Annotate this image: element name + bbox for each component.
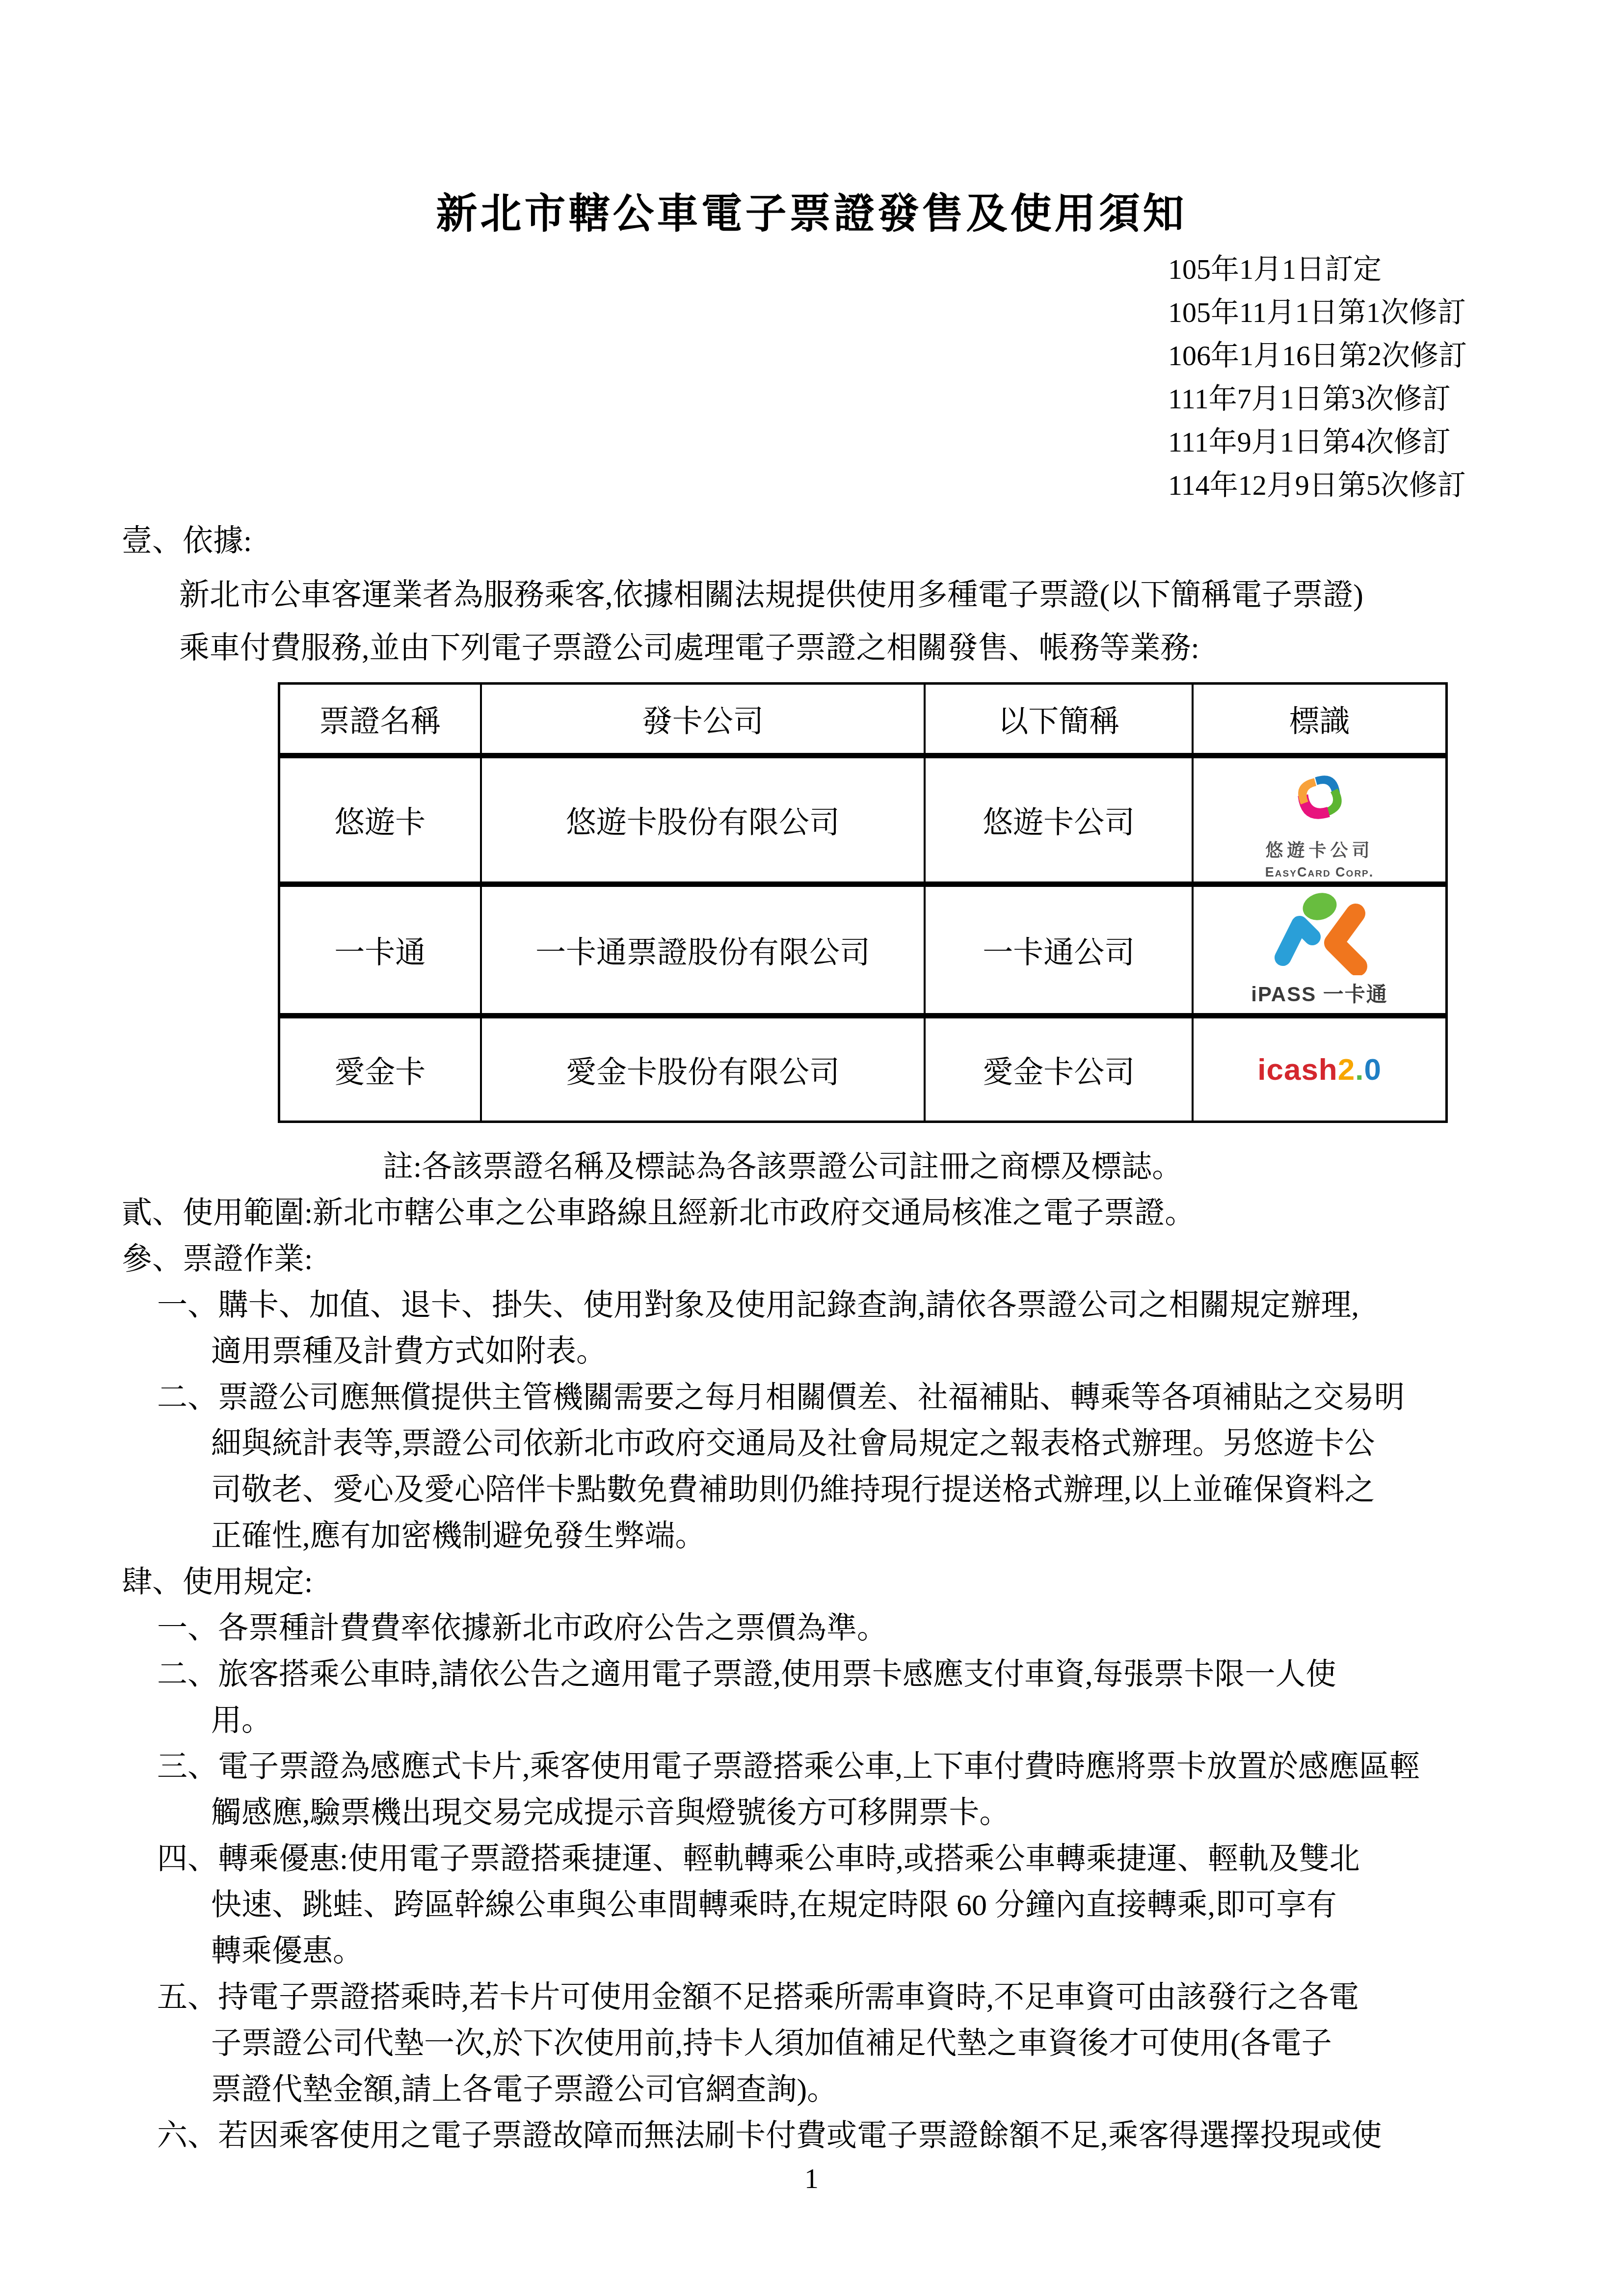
header-abbreviation: 以下簡稱 [926, 685, 1194, 758]
section-4-heading: 肆、使用規定: [122, 1564, 313, 1602]
easycard-pinwheel-icon [1281, 760, 1358, 834]
item-label: 五、 [157, 1981, 218, 2014]
section-4-item-4-line: 轉乘優惠。 [211, 1933, 363, 1971]
section-4-item-4-line: 快速、跳蛙、跨區幹線公車與公車間轉乘時,在規定時限 60 分鐘內直接轉乘,即可享… [211, 1887, 1337, 1925]
section-4-item-3-line: 三、電子票證為感應式卡片,乘客使用電子票證搭乘公車,上下車付費時應將票卡放置於感… [157, 1748, 1420, 1787]
revision-date: 114年12月9日第5次修訂 [1168, 464, 1467, 507]
cell-logo: icash2.0 [1194, 1018, 1445, 1121]
ipass-caption: iPASS 一卡通 [1251, 978, 1388, 1008]
item-text: 旅客搭乘公車時,請依公告之適用電子票證,使用票卡感應支付車資,每張票卡限一人使 [218, 1658, 1336, 1691]
section-3-item-2-line: 二、票證公司應無償提供主管機關需要之每月相關價差、社福補貼、轉乘等各項補貼之交易… [157, 1379, 1405, 1417]
icash-logo: icash2.0 [1257, 1052, 1382, 1087]
icash-wordmark: icash [1257, 1053, 1338, 1087]
table-note: 註:各該票證名稱及標誌為各該票證公司註冊之商標及標誌。 [383, 1148, 1182, 1187]
cell-issuer: 一卡通票證股份有限公司 [482, 887, 926, 1018]
revision-date: 111年7月1日第3次修訂 [1168, 377, 1467, 421]
section-4-item-1-line: 一、各票種計費費率依據新北市政府公告之票價為準。 [157, 1610, 887, 1648]
item-label: 一、 [157, 1612, 218, 1645]
section-4-item-6-line: 六、若因乘客使用之電子票證故障而無法刷卡付費或電子票證餘額不足,乘客得選擇投現或… [157, 2117, 1382, 2156]
section-4-item-4-line: 四、轉乘優惠:使用電子票證搭乘捷運、輕軌轉乘公車時,或搭乘公車轉乘捷運、輕軌及雙… [157, 1841, 1360, 1879]
cell-ticket-name: 愛金卡 [280, 1018, 482, 1121]
item-text: 票證公司應無償提供主管機關需要之每月相關價差、社福補貼、轉乘等各項補貼之交易明 [218, 1381, 1405, 1415]
item-label: 四、 [157, 1842, 218, 1876]
cell-abbreviation: 悠遊卡公司 [926, 758, 1194, 887]
cell-ticket-name: 悠遊卡 [280, 758, 482, 887]
item-text: 若因乘客使用之電子票證故障而無法刷卡付費或電子票證餘額不足,乘客得選擇投現或使 [218, 2119, 1382, 2153]
easycard-caption-zh: 悠遊卡公司 [1266, 837, 1374, 862]
cell-issuer: 愛金卡股份有限公司 [482, 1018, 926, 1121]
revision-dates: 105年1月1日訂定 105年11月1日第1次修訂 106年1月16日第2次修訂… [1168, 248, 1467, 507]
easycard-logo: 悠遊卡公司 EasyCard Corp. [1265, 760, 1374, 880]
item-text: 購卡、加值、退卡、掛失、使用對象及使用記錄查詢,請依各票證公司之相關規定辦理, [218, 1289, 1359, 1322]
header-ticket-name: 票證名稱 [280, 685, 482, 758]
section-4-item-5-line: 五、持電子票證搭乘時,若卡片可使用金額不足搭乘所需車資時,不足車資可由該發行之各… [157, 1979, 1359, 2017]
cell-abbreviation: 一卡通公司 [926, 887, 1194, 1018]
ipass-blue-shape [1283, 924, 1312, 958]
cell-issuer: 悠遊卡股份有限公司 [482, 758, 926, 887]
cell-ticket-name: 一卡通 [280, 887, 482, 1018]
easycard-caption-en: EasyCard Corp. [1265, 865, 1374, 880]
ipass-icon [1267, 893, 1372, 975]
section-4-item-5-line: 子票證公司代墊一次,於下次使用前,持卡人須加值補足代墊之車資後才可使用(各電子 [211, 2025, 1332, 2063]
section-3-item-2-line: 正確性,應有加密機制避免發生弊端。 [211, 1518, 706, 1556]
section-3-item-2-line: 細與統計表等,票證公司依新北市政府交通局及社會局規定之報表格式辦理。另悠遊卡公 [211, 1425, 1375, 1464]
item-label: 三、 [157, 1750, 218, 1784]
section-4-item-5-line: 票證代墊金額,請上各電子票證公司官網查詢)。 [211, 2071, 837, 2109]
item-text: 電子票證為感應式卡片,乘客使用電子票證搭乘公車,上下車付費時應將票卡放置於感應區… [218, 1750, 1420, 1784]
section-4-item-3-line: 觸感應,驗票機出現交易完成提示音與燈號後方可移開票卡。 [211, 1794, 1010, 1833]
section-1-heading: 壹、依據: [122, 523, 252, 561]
cell-logo: 悠遊卡公司 EasyCard Corp. [1194, 758, 1445, 887]
item-label: 二、 [157, 1658, 218, 1691]
section-1-line: 新北市公車客運業者為服務乘客,依據相關法規提供使用多種電子票證(以下簡稱電子票證… [179, 577, 1363, 615]
section-4-item-2-line: 用。 [211, 1702, 272, 1740]
item-text: 轉乘優惠:使用電子票證搭乘捷運、輕軌轉乘公車時,或搭乘公車轉乘捷運、輕軌及雙北 [218, 1842, 1360, 1876]
revision-date: 111年9月1日第4次修訂 [1168, 421, 1467, 464]
section-3-heading: 參、票證作業: [122, 1241, 313, 1279]
section-2: 貳、使用範圍:新北市轄公車之公車路線且經新北市政府交通局核准之電子票證。 [122, 1195, 1195, 1233]
document-page: 新北市轄公車電子票證發售及使用須知 105年1月1日訂定 105年11月1日第1… [0, 0, 1623, 2296]
icash-dot: . [1355, 1053, 1364, 1087]
ticket-company-table: 票證名稱 發卡公司 以下簡稱 標識 悠遊卡 悠遊卡股份有限公司 悠遊卡公司 悠遊… [278, 682, 1448, 1123]
item-label: 六、 [157, 2119, 218, 2153]
ipass-logo: iPASS 一卡通 [1251, 893, 1388, 1008]
item-text: 各票種計費費率依據新北市政府公告之票價為準。 [218, 1612, 887, 1645]
easycard-arm-pink [1291, 790, 1333, 827]
cell-logo: iPASS 一卡通 [1194, 887, 1445, 1018]
revision-date: 105年1月1日訂定 [1168, 248, 1467, 291]
section-3-item-1-line: 一、購卡、加值、退卡、掛失、使用對象及使用記錄查詢,請依各票證公司之相關規定辦理… [157, 1287, 1359, 1325]
header-logo: 標識 [1194, 685, 1445, 758]
revision-date: 106年1月16日第2次修訂 [1168, 334, 1467, 377]
header-issuer: 發卡公司 [482, 685, 926, 758]
item-label: 一、 [157, 1289, 218, 1322]
section-4-item-2-line: 二、旅客搭乘公車時,請依公告之適用電子票證,使用票卡感應支付車資,每張票卡限一人… [157, 1656, 1336, 1694]
section-3-item-1-line: 適用票種及計費方式如附表。 [211, 1333, 607, 1371]
cell-abbreviation: 愛金卡公司 [926, 1018, 1194, 1121]
revision-date: 105年11月1日第1次修訂 [1168, 291, 1467, 334]
section-3-item-2-line: 司敬老、愛心及愛心陪伴卡點數免費補助則仍維持現行提送格式辦理,以上並確保資料之 [211, 1471, 1375, 1510]
page-number: 1 [0, 2162, 1623, 2195]
ipass-orange-shape [1334, 913, 1357, 966]
easycard-arm-orange [1293, 774, 1319, 807]
item-label: 二、 [157, 1381, 218, 1415]
page-title: 新北市轄公車電子票證發售及使用須知 [0, 181, 1623, 240]
section-1-line: 乘車付費服務,並由下列電子票證公司處理電子票證之相關發售、帳務等業務: [179, 630, 1199, 668]
icash-two: 2 [1338, 1053, 1355, 1087]
item-text: 持電子票證搭乘時,若卡片可使用金額不足搭乘所需車資時,不足車資可由該發行之各電 [218, 1981, 1359, 2014]
icash-zero: 0 [1364, 1053, 1381, 1087]
